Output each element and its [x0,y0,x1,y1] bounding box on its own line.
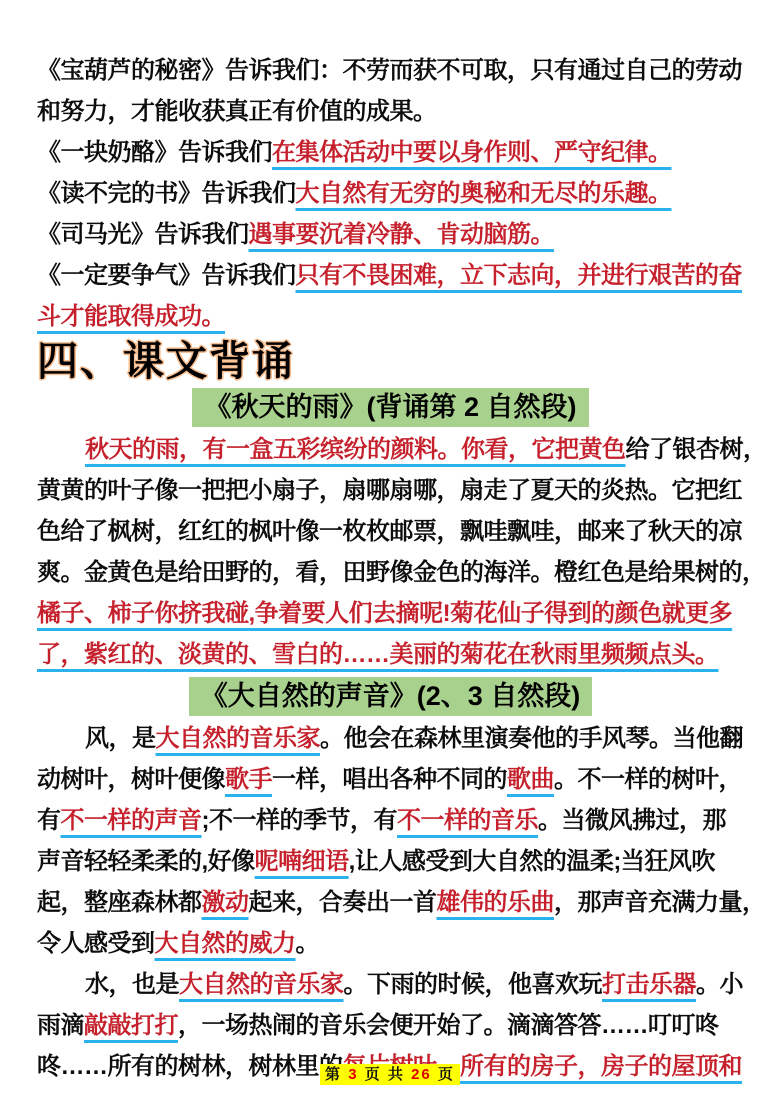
text-run: 一样，唱出各种不同的 [272,766,507,793]
text-run: 页 [432,1066,455,1083]
text-run: 《读不完的书》告诉我们 [37,180,296,207]
emphasis-run: 大自然的音乐家 [156,725,321,752]
emphasis-run: 呢喃细语 [255,848,349,875]
text-run: 。下雨的时候，他喜欢玩 [344,971,603,998]
text-run: 。 [296,930,320,957]
passage-body: 秋天的雨，有一盒五彩缤纷的颜料。你看，它把黄色给了银杏树，黄黄的叶子像一把把小扇… [37,429,744,675]
text-run: 。当微风拂过，那 [538,807,726,834]
emphasis-run: 不一样的音乐 [397,807,538,834]
text-run: 雨滴 [37,1012,84,1039]
text-run: ，一场热闹的音乐会便开始了。滴滴答答……叮叮咚 [178,1012,719,1039]
emphasis-run: 不一样的声音 [61,807,202,834]
text-run: 令人感受到 [37,930,155,957]
text-line: 《一块奶酪》告诉我们在集体活动中要以身作则、严守纪律。 [37,132,744,173]
text-run: 水，也是 [85,971,179,998]
text-line: 动树叶，树叶便像歌手一样，唱出各种不同的歌曲。不一样的树叶， [37,759,744,800]
text-run: ，那声音充满力量， [554,889,766,916]
emphasis-run: 敲敲打打 [84,1012,178,1039]
text-run: 黄黄的叶子像一把把小扇子，扇哪扇哪，扇走了夏天的炎热。它把红 [37,477,742,504]
emphasis-run: 大自然有无穷的奥秘和无尽的乐趣。 [296,180,672,207]
emphasis-run: 只有不畏困难，立下志向，并进行艰苦的奋 [296,262,743,289]
passage-body: 风，是大自然的音乐家。他会在森林里演奏他的手风琴。当他翻动树叶，树叶便像歌手一样… [37,718,744,1087]
text-line: 起，整座森林都激动起来，合奏出一首雄伟的乐曲，那声音充满力量， [37,882,744,923]
text-run: ,让人感受到大自然的温柔;当狂风吹 [349,848,715,875]
emphasis-run: 遇事要沉着冷静、肯动脑筋。 [249,221,555,248]
text-run: 《司马光》告诉我们 [37,221,249,248]
text-run: 。不一样的树叶， [554,766,742,793]
text-line: 和努力，才能收获真正有价值的成果。 [37,91,744,132]
text-run: 色给了枫树，红红的枫叶像一枚枚邮票，飘哇飘哇，邮来了秋天的凉 [37,518,742,545]
text-line: 风，是大自然的音乐家。他会在森林里演奏他的手风琴。当他翻 [37,718,744,759]
emphasis-run: 歌手 [225,766,272,793]
text-line: 水，也是大自然的音乐家。下雨的时候，他喜欢玩打击乐器。小 [37,964,744,1005]
passage-title-highlight: 《秋天的雨》(背诵第 2 自然段) [192,388,588,427]
text-run: 。他会在森林里演奏他的手风琴。当他翻 [320,725,743,752]
text-line: 《司马光》告诉我们遇事要沉着冷静、肯动脑筋。 [37,214,744,255]
text-line: 有不一样的声音;不一样的季节，有不一样的音乐。当微风拂过，那 [37,800,744,841]
text-line: 《一定要争气》告诉我们只有不畏困难，立下志向，并进行艰苦的奋 [37,255,744,296]
emphasis-run: 在集体活动中要以身作则、严守纪律。 [272,139,672,166]
intro-summaries-section: 《宝葫芦的秘密》告诉我们：不劳而获不可取，只有通过自己的劳动和努力，才能收获真正… [37,50,744,337]
text-line: 爽。金黄色是给田野的，看，田野像金色的海洋。橙红色是给果树的， [37,552,744,593]
text-run: 3 [348,1066,358,1083]
text-line: 色给了枫树，红红的枫叶像一枚枚邮票，飘哇飘哇，邮来了秋天的凉 [37,511,744,552]
text-run: 和努力，才能收获真正有价值的成果。 [37,98,437,125]
emphasis-run: 大自然的音乐家 [179,971,344,998]
text-run: ;不一样的季节，有 [202,807,398,834]
text-line: 雨滴敲敲打打，一场热闹的音乐会便开始了。滴滴答答……叮叮咚 [37,1005,744,1046]
text-line: 橘子、柿子你挤我碰,争着要人们去摘呢!菊花仙子得到的颜色就更多 [37,593,744,634]
passage-title-highlight: 《大自然的声音》(2、3 自然段) [189,677,593,716]
text-run: 26 [411,1066,432,1083]
passage-title-row: 《大自然的声音》(2、3 自然段) [37,675,744,718]
text-run: 《一块奶酪》告诉我们 [37,139,272,166]
text-line: 斗才能取得成功。 [37,296,744,337]
emphasis-run: 了，紫红的、淡黄的、雪白的……美丽的菊花在秋雨里频频点头。 [37,641,719,668]
page-content: 《宝葫芦的秘密》告诉我们：不劳而获不可取，只有通过自己的劳动和努力，才能收获真正… [0,0,780,1087]
text-run: 起来，合奏出一首 [249,889,437,916]
emphasis-run: 打击乐器 [602,971,696,998]
text-run: 起，整座森林都 [37,889,202,916]
text-run: 爽。金黄色是给田野的，看，田野像金色的海洋。橙红色是给果树的， [37,559,766,586]
text-run: 页 共 [359,1066,412,1083]
text-run: 声音轻轻柔柔的,好像 [37,848,255,875]
emphasis-run: 大自然的威力 [155,930,296,957]
emphasis-run: 激动 [202,889,249,916]
page-footer: 第 3 页 共 26 页 [0,1064,780,1086]
passage-title-row: 《秋天的雨》(背诵第 2 自然段) [37,386,744,429]
text-run: 有 [37,807,61,834]
emphasis-run: 雄伟的乐曲 [437,889,555,916]
text-run: 《一定要争气》告诉我们 [37,262,296,289]
text-line: 《读不完的书》告诉我们大自然有无穷的奥秘和无尽的乐趣。 [37,173,744,214]
emphasis-run: 歌曲 [507,766,554,793]
text-line: 了，紫红的、淡黄的、雪白的……美丽的菊花在秋雨里频频点头。 [37,634,744,675]
passage-nature-sounds: 《大自然的声音》(2、3 自然段) 风，是大自然的音乐家。他会在森林里演奏他的手… [37,675,744,1087]
text-run: 风，是 [85,725,156,752]
text-line: 秋天的雨，有一盒五彩缤纷的颜料。你看，它把黄色给了银杏树， [37,429,744,470]
text-run: 《宝葫芦的秘密》告诉我们：不劳而获不可取，只有通过自己的劳动 [37,57,742,84]
emphasis-run: 斗才能取得成功。 [37,303,225,330]
document-page: 《宝葫芦的秘密》告诉我们：不劳而获不可取，只有通过自己的劳动和努力，才能收获真正… [0,0,780,1103]
text-line: 令人感受到大自然的威力。 [37,923,744,964]
emphasis-run: 秋天的雨，有一盒五彩缤纷的颜料。你看，它把黄色 [85,436,626,463]
text-run: 动树叶，树叶便像 [37,766,225,793]
text-line: 《宝葫芦的秘密》告诉我们：不劳而获不可取，只有通过自己的劳动 [37,50,744,91]
emphasis-run: 橘子、柿子你挤我碰,争着要人们去摘呢!菊花仙子得到的颜色就更多 [37,600,732,627]
text-line: 声音轻轻柔柔的,好像呢喃细语,让人感受到大自然的温柔;当狂风吹 [37,841,744,882]
passage-autumn-rain: 《秋天的雨》(背诵第 2 自然段) 秋天的雨，有一盒五彩缤纷的颜料。你看，它把黄… [37,386,744,675]
text-run: 。小 [696,971,743,998]
text-run: 第 [325,1066,348,1083]
text-line: 黄黄的叶子像一把把小扇子，扇哪扇哪，扇走了夏天的炎热。它把红 [37,470,744,511]
section-heading: 四、课文背诵 [37,337,744,386]
text-run: 给了银杏树， [626,436,767,463]
page-number-badge: 第 3 页 共 26 页 [320,1064,460,1085]
